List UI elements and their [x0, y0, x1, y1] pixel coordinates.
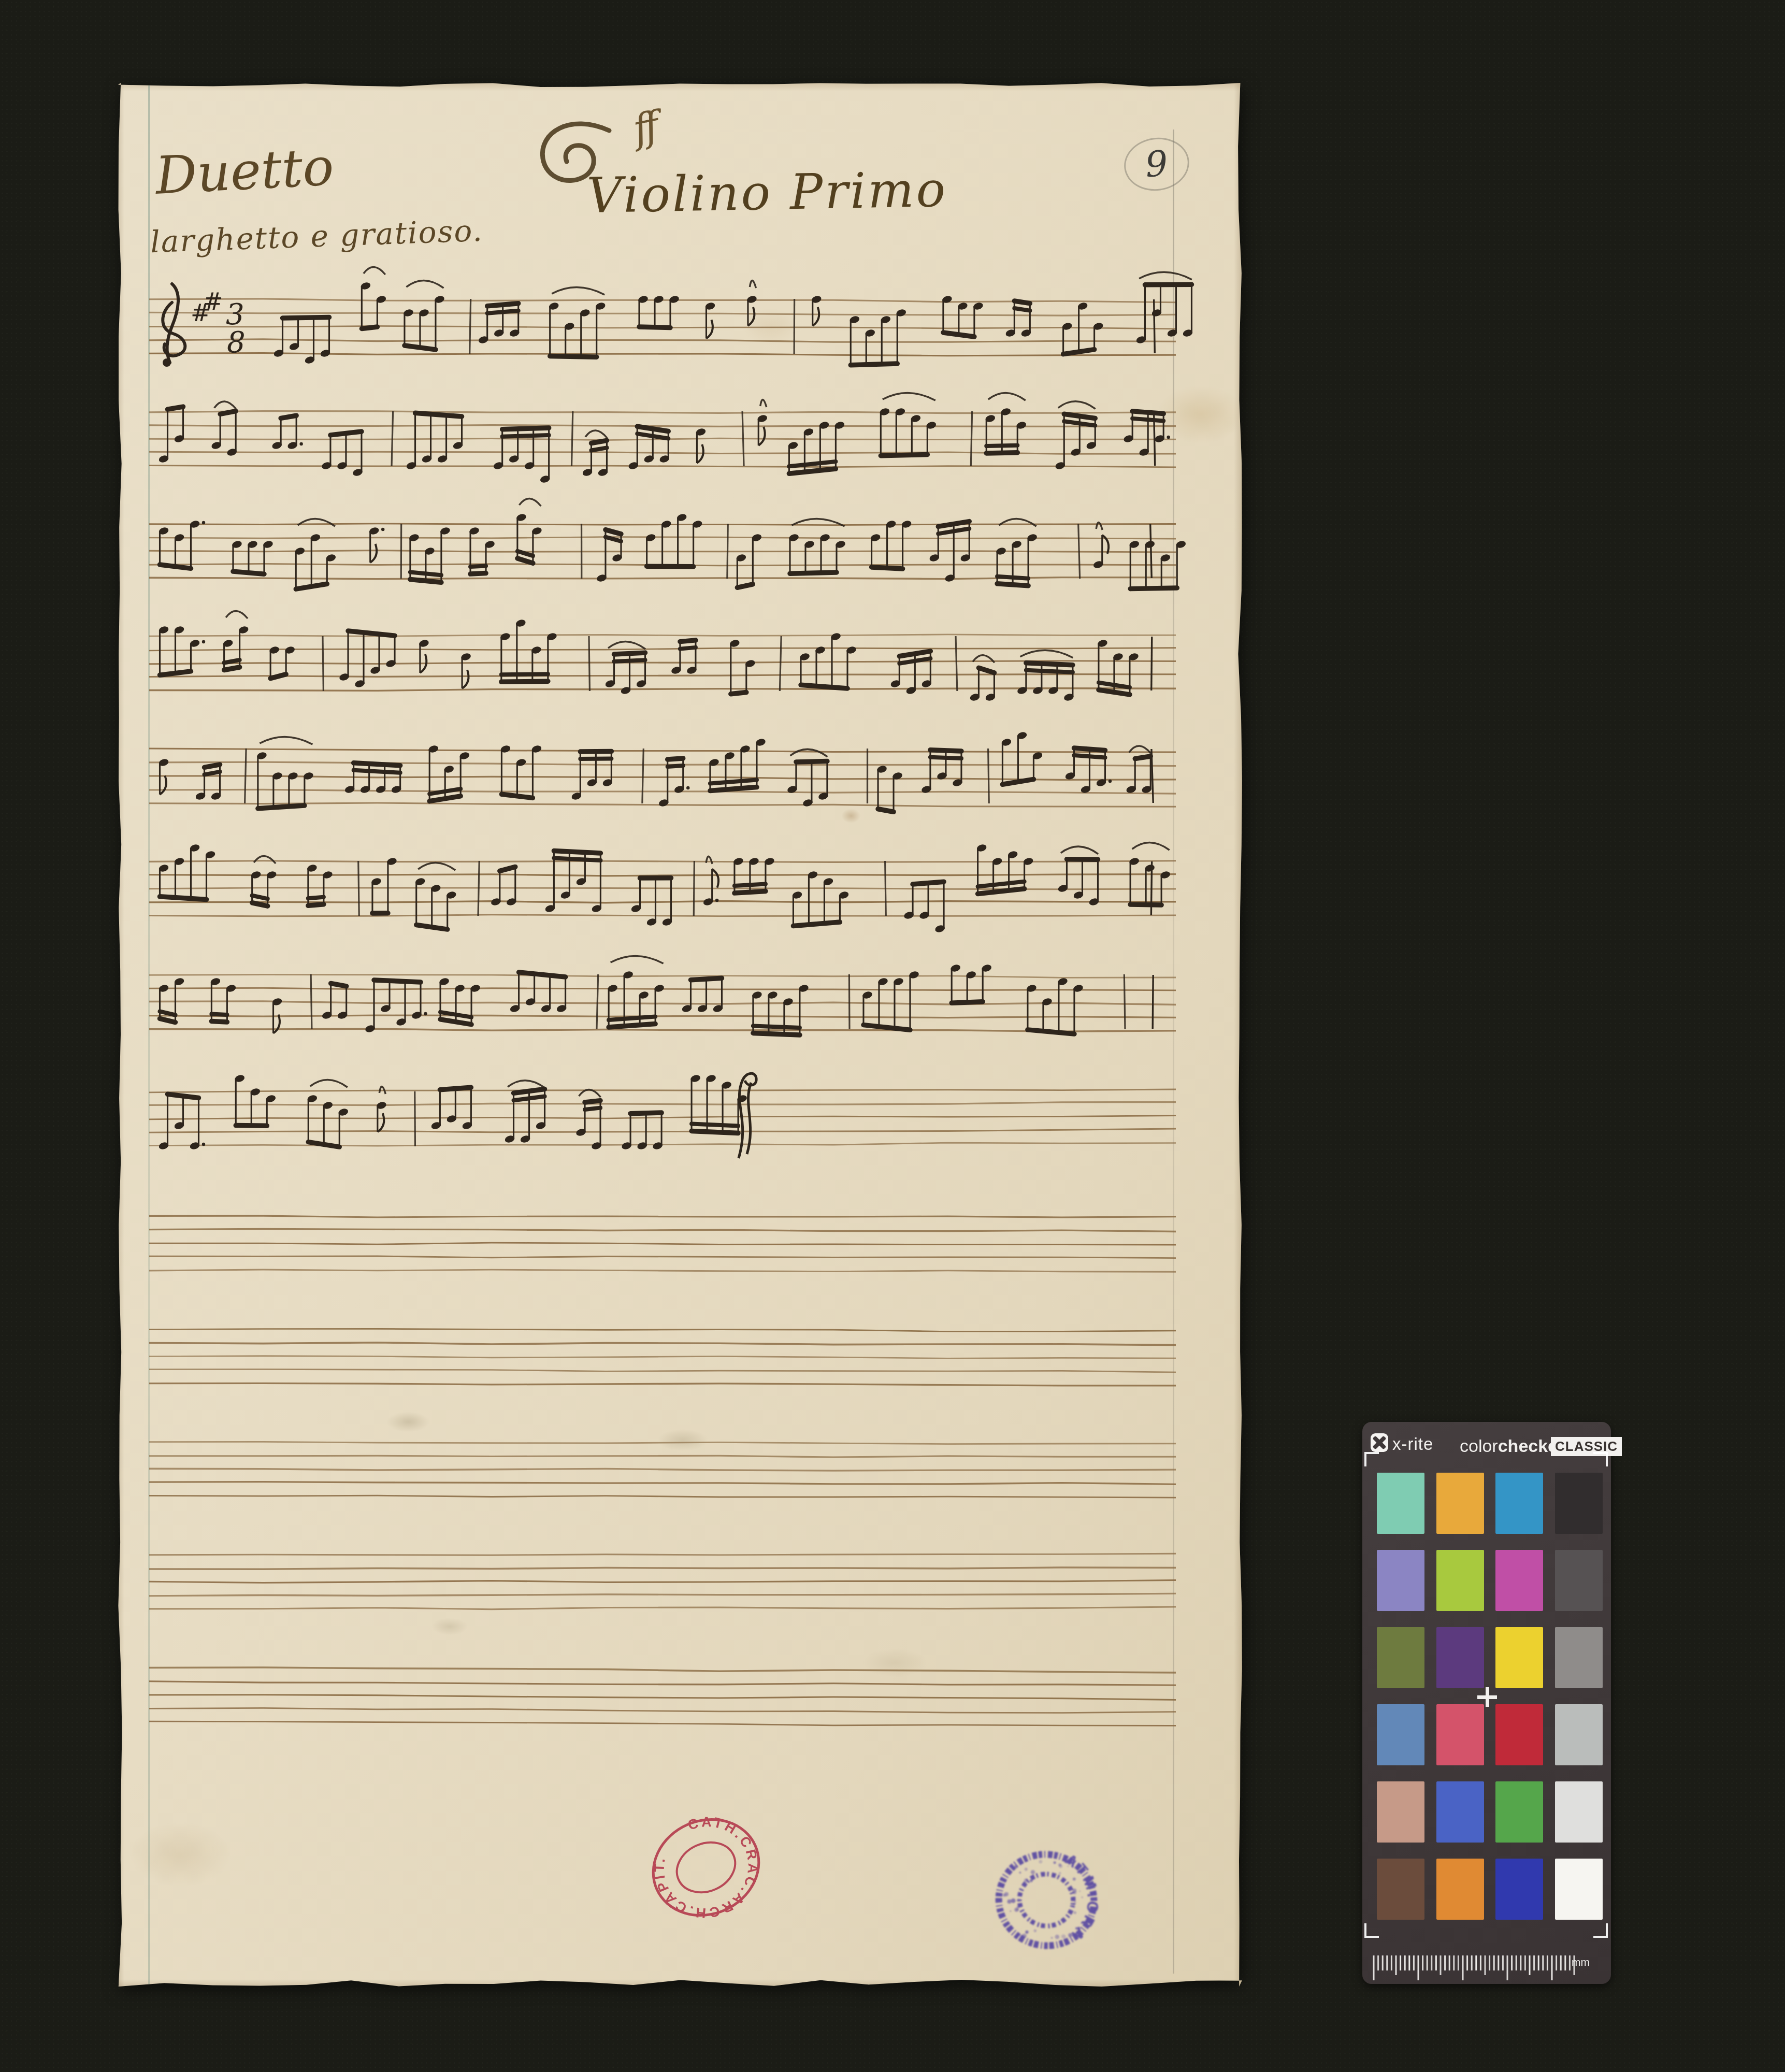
product-text-light: color — [1460, 1436, 1498, 1456]
patch-magenta — [1495, 1550, 1543, 1611]
mm-ruler — [1372, 1953, 1602, 1982]
crop-mark-top-left — [1364, 1452, 1379, 1466]
patch-foliage — [1377, 1627, 1424, 1688]
treble-clef — [163, 284, 185, 367]
patch-red — [1495, 1704, 1543, 1765]
patch-yellow — [1495, 1627, 1543, 1688]
patch-moderate-red — [1436, 1704, 1484, 1765]
colorchecker-product-text: colorchecker — [1460, 1436, 1564, 1457]
patch-orange-yellow — [1436, 1473, 1484, 1534]
colorchecker-card: x-rite colorchecker CLASSIC mm — [1362, 1422, 1611, 1984]
ruler-unit-label: mm — [1572, 1956, 1590, 1969]
patch-white — [1555, 1859, 1603, 1920]
patch-orange — [1436, 1859, 1484, 1920]
xrite-logo-icon — [1371, 1433, 1388, 1452]
red-stamp-text: CATH.CRAC.ARCH.CAPIT. — [634, 1796, 778, 1938]
crop-mark-top-right — [1593, 1452, 1608, 1466]
patch-blue-sky — [1377, 1704, 1424, 1765]
violet-archive-stamp: ATM.CRA — [954, 1808, 1139, 1992]
music-notation: ##38 — [118, 83, 1242, 1987]
patch-blue-flower — [1377, 1550, 1424, 1611]
patch-blue — [1495, 1859, 1543, 1920]
key-signature-sharp: # — [203, 287, 223, 315]
title-swash-curl — [542, 124, 609, 180]
patch-green — [1495, 1781, 1543, 1843]
stave-lines — [149, 299, 1176, 1726]
final-barline-flourish — [739, 1073, 756, 1158]
patch-black — [1555, 1473, 1603, 1534]
patch-neutral-8 — [1555, 1781, 1603, 1843]
photograph-of-manuscript: { "scene": { "description": "Digitized h… — [0, 0, 1785, 2072]
patch-neutral-3-5 — [1555, 1550, 1603, 1611]
patch-yellow-green — [1436, 1550, 1484, 1611]
patch-cyan — [1495, 1473, 1543, 1534]
svg-text:CATH.CRAC.ARCH.CAPIT.: CATH.CRAC.ARCH.CAPIT. — [634, 1796, 778, 1938]
patch-neutral-5 — [1555, 1627, 1603, 1688]
crop-mark-bottom-left — [1364, 1923, 1379, 1938]
patch-neutral-6-5 — [1555, 1704, 1603, 1765]
patch-purplish-blue — [1436, 1781, 1484, 1843]
patch-dark-skin — [1377, 1859, 1424, 1920]
crop-mark-bottom-right — [1593, 1923, 1608, 1938]
manuscript-page: Duetto larghetto e gratioso. Violino Pri… — [118, 83, 1242, 1987]
xrite-brand-text: x-rite — [1392, 1434, 1433, 1454]
time-signature-denominator: 8 — [227, 326, 246, 359]
classic-variant-badge: CLASSIC — [1551, 1437, 1622, 1456]
patch-purple — [1436, 1627, 1484, 1688]
patch-bluish-green — [1377, 1473, 1424, 1534]
manuscript-page-wrap: Duetto larghetto e gratioso. Violino Pri… — [118, 83, 1242, 1987]
patch-light-skin — [1377, 1781, 1424, 1843]
